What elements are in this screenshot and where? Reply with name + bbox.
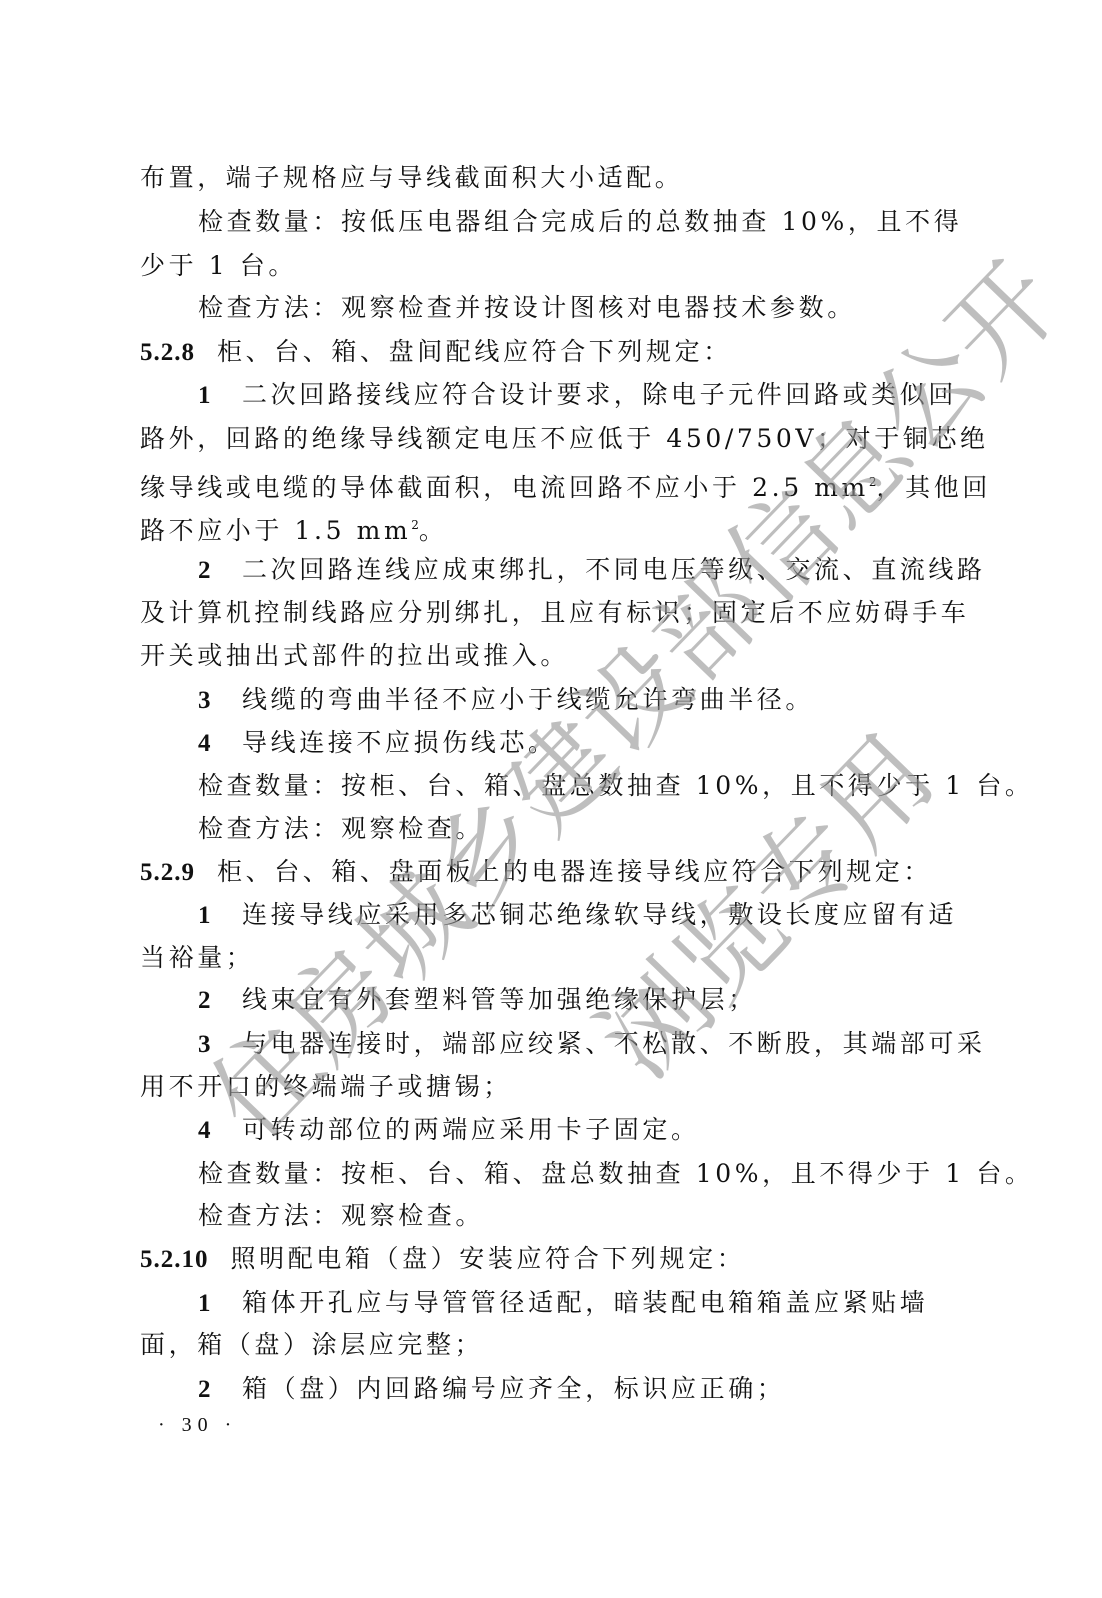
clause-number: 5.2.10: [140, 1238, 209, 1282]
inspection-quantity-line: 检查数量：按柜、台、箱、盘总数抽查 10%，且不得少于 1 台。: [198, 764, 940, 808]
item-text: 连接导线应采用多芯铜芯绝缘软导线，敷设长度应留有适: [242, 900, 957, 929]
list-item: 4可转动部位的两端应采用卡子固定。: [198, 1108, 940, 1152]
item-number: 3: [198, 679, 242, 723]
clause-title: 柜、台、箱、盘面板上的电器连接导线应符合下列规定：: [217, 857, 932, 886]
item-number: 2: [198, 1368, 242, 1412]
item-number: 4: [198, 1109, 242, 1153]
clause-number: 5.2.9: [140, 851, 195, 895]
list-item: 1二次回路接线应符合设计要求，除电子元件回路或类似回: [198, 373, 940, 417]
paragraph-line: 路外，回路的绝缘导线额定电压不应低于 450/750V；对于铜芯绝: [140, 417, 940, 461]
paragraph-line: 少于 1 台。: [140, 244, 940, 288]
inspection-method-line: 检查方法：观察检查。: [198, 1194, 940, 1238]
list-item: 2线束宜有外套塑料管等加强绝缘保护层；: [198, 978, 940, 1022]
list-item: 2二次回路连线应成束绑扎，不同电压等级、交流、直流线路: [198, 548, 940, 592]
superscript: 2: [411, 518, 419, 532]
page-number: · 30 ·: [158, 1414, 237, 1437]
item-number: 4: [198, 722, 242, 766]
item-number: 1: [198, 1282, 242, 1326]
item-text: 箱体开孔应与导管管径适配，暗装配电箱箱盖应紧贴墙: [242, 1288, 928, 1317]
document-page: 布置，端子规格应与导线截面积大小适配。 检查数量：按低压电器组合完成后的总数抽查…: [0, 0, 1102, 1598]
text-segment: 路不应小于 1.5 mm: [140, 516, 411, 545]
paragraph-line: 用不开口的终端端子或搪锡；: [140, 1065, 940, 1109]
list-item: 1连接导线应采用多芯铜芯绝缘软导线，敷设长度应留有适: [198, 893, 940, 937]
inspection-method-line: 检查方法：观察检查并按设计图核对电器技术参数。: [198, 286, 940, 330]
item-text: 二次回路连线应成束绑扎，不同电压等级、交流、直流线路: [242, 555, 986, 584]
item-text: 箱（盘）内回路编号应齐全，标识应正确；: [242, 1374, 785, 1403]
text-segment: ，其他回: [877, 473, 991, 502]
clause-number: 5.2.8: [140, 331, 195, 375]
item-text: 可转动部位的两端应采用卡子固定。: [242, 1115, 700, 1144]
list-item: 3与电器连接时，端部应绞紧、不松散、不断股，其端部可采: [198, 1022, 940, 1066]
item-number: 1: [198, 374, 242, 418]
item-text: 导线连接不应损伤线芯。: [242, 728, 557, 757]
paragraph-line: 当裕量；: [140, 936, 940, 980]
clause-5-2-8-heading: 5.2.8柜、台、箱、盘间配线应符合下列规定：: [140, 330, 940, 374]
paragraph-line: 面，箱（盘）涂层应完整；: [140, 1323, 940, 1367]
paragraph-line: 路不应小于 1.5 mm2。: [140, 503, 940, 547]
inspection-quantity-line: 检查数量：按低压电器组合完成后的总数抽查 10%，且不得: [198, 200, 940, 244]
text-segment: 缘导线或电缆的导体截面积，电流回路不应小于 2.5 mm: [140, 473, 869, 502]
list-item: 1箱体开孔应与导管管径适配，暗装配电箱箱盖应紧贴墙: [198, 1281, 940, 1325]
list-item: 2箱（盘）内回路编号应齐全，标识应正确；: [198, 1367, 940, 1411]
item-text: 二次回路接线应符合设计要求，除电子元件回路或类似回: [242, 380, 957, 409]
clause-5-2-9-heading: 5.2.9柜、台、箱、盘面板上的电器连接导线应符合下列规定：: [140, 850, 940, 894]
inspection-quantity-line: 检查数量：按柜、台、箱、盘总数抽查 10%，且不得少于 1 台。: [198, 1152, 940, 1196]
paragraph-line: 布置，端子规格应与导线截面积大小适配。: [140, 156, 940, 200]
paragraph-line: 开关或抽出式部件的拉出或推入。: [140, 634, 940, 678]
clause-5-2-10-heading: 5.2.10照明配电箱（盘）安装应符合下列规定：: [140, 1237, 940, 1281]
item-text: 线缆的弯曲半径不应小于线缆允许弯曲半径。: [242, 685, 814, 714]
item-number: 3: [198, 1023, 242, 1067]
item-number: 1: [198, 894, 242, 938]
inspection-method-line: 检查方法：观察检查。: [198, 807, 940, 851]
item-text: 与电器连接时，端部应绞紧、不松散、不断股，其端部可采: [242, 1029, 986, 1058]
list-item: 4导线连接不应损伤线芯。: [198, 721, 940, 765]
superscript: 2: [869, 475, 877, 489]
paragraph-line: 及计算机控制线路应分别绑扎，且应有标识；固定后不应妨碍手车: [140, 591, 940, 635]
text-segment: 。: [419, 516, 448, 545]
item-text: 线束宜有外套塑料管等加强绝缘保护层；: [242, 985, 757, 1014]
item-number: 2: [198, 549, 242, 593]
list-item: 3线缆的弯曲半径不应小于线缆允许弯曲半径。: [198, 678, 940, 722]
clause-title: 照明配电箱（盘）安装应符合下列规定：: [231, 1244, 746, 1273]
item-number: 2: [198, 979, 242, 1023]
paragraph-line: 缘导线或电缆的导体截面积，电流回路不应小于 2.5 mm2，其他回: [140, 460, 940, 504]
clause-title: 柜、台、箱、盘间配线应符合下列规定：: [217, 337, 732, 366]
